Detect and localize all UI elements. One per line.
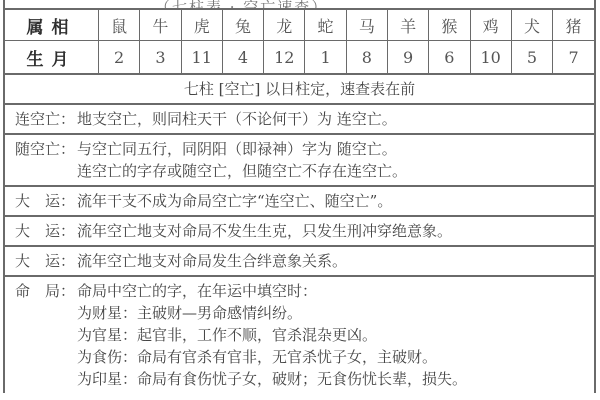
rule-label: 大运： [15,190,77,212]
rule-text: 为财星：主破财—男命感情纠纷。 [77,302,302,324]
zodiac-row-header: 属相 [5,10,99,41]
zodiac-cell-rooster: 鸡 [470,10,511,41]
month-cell: 8 [346,41,387,75]
zodiac-cell-rabbit: 兔 [222,10,263,41]
month-cell: 12 [264,41,305,75]
caption-row: 七柱 [空亡] 以日柱定，速查表在前 [5,75,594,105]
rule-text: 流年空亡地支对命局发生合绊意象关系。 [77,250,347,272]
rule-label: 连空亡： [15,108,77,130]
month-cell: 7 [553,41,594,75]
month-cell: 3 [140,41,181,75]
month-cell: 9 [387,41,428,75]
rule-text: 与空亡同五行，同阴阳（即禄神）字为 随空亡。 [77,138,397,160]
zodiac-cell-rat: 鼠 [99,10,140,41]
rule-label-char: 大 [15,220,45,242]
rule-label-char: 命 [15,280,45,302]
rule-text: 流年干支不成为命局空亡字“连空亡、随空亡”。 [77,190,392,212]
rule-label-char: 运： [45,222,75,240]
zodiac-cell-horse: 马 [346,10,387,41]
zodiac-cell-tiger: 虎 [181,10,222,41]
rule-label: 命局： [15,280,77,302]
rule-label-char: 运： [45,192,75,210]
rule-text: 为印星：命局有食伤忧子女，破财；无食伤忧长辈，损失。 [77,368,467,390]
month-cell: 10 [470,41,511,75]
rule-label-char: 大 [15,190,45,212]
zodiac-cell-monkey: 猴 [429,10,470,41]
month-cell: 6 [429,41,470,75]
rule-row-dayun-3: 大运： 流年空亡地支对命局发生合绊意象关系。 [5,247,594,277]
cutoff-title-row: （七柱表 · 空亡速查） [5,0,594,10]
caption-text: 七柱 [空亡] 以日柱定，速查表在前 [184,80,415,98]
zodiac-month-table: 属相 鼠 牛 虎 兔 龙 蛇 马 羊 猴 鸡 犬 猪 生月 2 3 11 4 1… [5,10,594,75]
zodiac-cell-dragon: 龙 [264,10,305,41]
zodiac-cell-dog: 犬 [511,10,552,41]
month-row-header: 生月 [5,41,99,75]
document-page: （七柱表 · 空亡速查） 属相 鼠 牛 虎 兔 龙 蛇 马 羊 猴 鸡 犬 猪 … [3,0,596,393]
rule-text: 为食伤：命局有官杀有官非，无官杀忧子女，主破财。 [77,346,437,368]
rule-row-dayun-1: 大运： 流年干支不成为命局空亡字“连空亡、随空亡”。 [5,187,594,217]
month-cell: 5 [511,41,552,75]
rule-row-mingju: 命局： 命局中空亡的字，在年运中填空时： 为财星：主破财—男命感情纠纷。 为官星… [5,277,594,393]
zodiac-cell-goat: 羊 [387,10,428,41]
rule-label: 大运： [15,220,77,242]
month-row: 生月 2 3 11 4 12 1 8 9 6 10 5 7 [5,41,594,75]
rule-label: 随空亡： [15,138,77,160]
rule-label-char: 局： [45,282,75,300]
zodiac-cell-snake: 蛇 [305,10,346,41]
month-cell: 4 [222,41,263,75]
rule-text: 命局中空亡的字，在年运中填空时： [77,280,317,302]
cutoff-title-text: （七柱表 · 空亡速查） [155,0,328,10]
rule-label-char: 运： [45,252,75,270]
rule-row-sui-kongwang: 随空亡： 与空亡同五行，同阴阳（即禄神）字为 随空亡。 连空亡的字存或随空亡，但… [5,135,594,187]
rule-text: 为官星：起官非，工作不顺，官杀混杂更凶。 [77,324,377,346]
rule-label: 大运： [15,250,77,272]
rule-text: 流年空亡地支对命局不发生生克，只发生刑冲穿绝意象。 [77,220,452,242]
month-cell: 1 [305,41,346,75]
rule-row-dayun-2: 大运： 流年空亡地支对命局不发生生克，只发生刑冲穿绝意象。 [5,217,594,247]
zodiac-row: 属相 鼠 牛 虎 兔 龙 蛇 马 羊 猴 鸡 犬 猪 [5,10,594,41]
month-cell: 11 [181,41,222,75]
rule-text: 地支空亡，则同柱天干（不论何干）为 连空亡。 [77,108,397,130]
zodiac-cell-ox: 牛 [140,10,181,41]
month-cell: 2 [99,41,140,75]
rule-row-lian-kongwang: 连空亡： 地支空亡，则同柱天干（不论何干）为 连空亡。 [5,105,594,135]
rule-text: 连空亡的字存或随空亡，但随空亡不存在连空亡。 [77,160,407,182]
zodiac-cell-pig: 猪 [553,10,594,41]
rule-label-char: 大 [15,250,45,272]
